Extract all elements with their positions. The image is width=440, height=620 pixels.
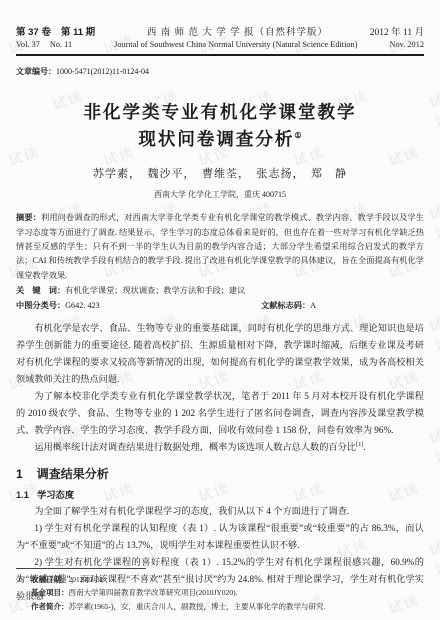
document-code-value: A (310, 301, 316, 310)
keywords-label: 关 键 词： (16, 286, 65, 295)
paragraph-3-end: . (364, 442, 366, 452)
section-1-1-heading: 1.1学习态度 (16, 487, 424, 501)
footnote-rule (16, 568, 146, 569)
footnote-funding-value: 西南大学第四届教育教学改革研究项目(2010JY020). (69, 588, 238, 597)
paragraph-1: 有机化学是农学、食品、生物等专业的重要基础课，同时有机化学的思维方式、理论知识也… (16, 320, 424, 388)
paragraph-3-text: 运用概率统计法对调查结果进行数据处理，概率为该选项人数占总人数的百分比 (34, 442, 356, 452)
issue-cn: 第 11 期 (61, 27, 95, 38)
journal-header-cn: 第 37 卷第 11 期 西 南 师 范 大 学 学 报（自然科学版） 2012… (16, 24, 424, 38)
volume-cn: 第 37 卷 (16, 27, 51, 38)
article-title-line2-text: 现状问卷调查分析 (138, 129, 294, 149)
footnote-funding-label: 基金项目： (31, 588, 69, 597)
survey-item-1: 1) 学生对有机化学课程的认知程度（表 1）. 认为该课程“很重要”或“较重要”… (16, 520, 424, 554)
classification-row: 中图分类号：G642. 423 文献标志码：A (16, 300, 424, 311)
affiliation: 西南大学 化学化工学院，重庆 400715 (0, 189, 440, 200)
paragraph-3: 运用概率统计法对调查结果进行数据处理，概率为该选项人数占总人数的百分比[1]. (16, 439, 424, 456)
footnote-received-label: 收稿日期： (31, 575, 69, 584)
page-content: 第 37 卷第 11 期 西 南 师 范 大 学 学 报（自然科学版） 2012… (0, 24, 440, 605)
clc-value: G642. 423 (65, 301, 100, 310)
footnote-received-value: 2012-01-31 (69, 575, 104, 584)
volume-issue-cn: 第 37 卷第 11 期 (16, 24, 105, 38)
journal-name-cn: 西 南 师 范 大 学 学 报（自然科学版） (105, 24, 370, 38)
footnote-funding: 基金项目：西南大学第四届教育教学改革研究项目(2010JY020). (31, 586, 426, 600)
article-number-value: 1000-5471(2012)11-0124-04 (56, 67, 149, 76)
section-1-1-title: 学习态度 (37, 490, 74, 500)
volume-issue-en: Vol. 37No. 11 (16, 40, 82, 49)
header-rule (16, 54, 424, 56)
footnote-bio-value: 苏学素(1965-)，女，重庆合川人，副教授，博士，主要从事化学的教学与研究. (69, 602, 326, 611)
footnote-bio-label: 作者简介： (31, 602, 69, 611)
citation-ref-1: [1] (356, 441, 364, 448)
footnote-block: ① 收稿日期：2012-01-31 基金项目：西南大学第四届教育教学改革研究项目… (16, 568, 426, 614)
journal-article-page: 试读试读试读试读试读试读试读试读试读试读试读试读试读试读试读试读试读试读试读试读… (0, 0, 440, 620)
article-title-line2: 现状问卷调查分析① (0, 126, 440, 153)
paragraph-2: 为了解本校非化学类专业有机化学课堂教学状况，笔者于 2011 年 5 月对本校开… (16, 388, 424, 439)
abstract: 摘要：利用问卷调查的形式，对西南大学非化学类专业有机化学课堂的教学模式、教学内容… (16, 211, 424, 283)
clc-number: 中图分类号：G642. 423 (16, 300, 261, 311)
article-number-label: 文章编号： (16, 67, 56, 76)
abstract-text: 利用问卷调查的形式，对西南大学非化学类专业有机化学课堂的教学模式、教学内容、教学… (16, 213, 424, 279)
footnote-lines: ① 收稿日期：2012-01-31 基金项目：西南大学第四届教育教学改革研究项目… (16, 573, 426, 614)
article-title: 非化学类专业有机化学课堂教学 现状问卷调查分析① (0, 99, 440, 153)
keywords: 关 键 词：有机化学课堂；现状调查；教学方法和手段；建议 (16, 284, 424, 298)
date-en: Nov. 2012 (390, 40, 425, 49)
author-list: 苏学素， 魏沙平， 曹维荃， 张志扬， 郑 静 (0, 165, 440, 181)
article-body: 有机化学是农学、食品、生物等专业的重要基础课，同时有机化学的思维方式、理论知识也… (16, 320, 424, 456)
journal-header: 第 37 卷第 11 期 西 南 师 范 大 学 学 报（自然科学版） 2012… (16, 24, 424, 49)
footnote-bio: 作者简介：苏学素(1965-)，女，重庆合川人，副教授，博士，主要从事化学的教学… (31, 600, 426, 614)
clc-label: 中图分类号： (16, 301, 65, 310)
document-code: 文献标志码：A (261, 300, 316, 311)
keywords-text: 有机化学课堂；现状调查；教学方法和手段；建议 (65, 286, 245, 295)
journal-name-en: Journal of Southwest China Normal Univer… (82, 40, 389, 49)
footnote-mark: ① (16, 573, 23, 587)
section-1-title: 调查结果分析 (37, 467, 109, 481)
section-1-heading: 1调查结果分析 (16, 465, 424, 482)
article-title-line1: 非化学类专业有机化学课堂教学 (0, 99, 440, 126)
document-code-label: 文献标志码： (261, 301, 310, 310)
issue-en: No. 11 (50, 40, 72, 49)
title-footnote-mark: ① (294, 131, 301, 140)
article-number: 文章编号：1000-5471(2012)11-0124-04 (16, 66, 424, 77)
section-1-1-number: 1.1 (16, 490, 29, 500)
section-1-number: 1 (16, 467, 23, 481)
date-cn: 2012 年 11 月 (370, 24, 424, 38)
footnote-received: 收稿日期：2012-01-31 (31, 573, 426, 587)
section-1-1-intro: 为全面了解学生对有机化学课程学习的态度，我们从以下 4 个方面进行了调查. (16, 503, 424, 520)
volume-en: Vol. 37 (16, 40, 40, 49)
abstract-label: 摘要： (16, 213, 41, 222)
journal-header-en: Vol. 37No. 11 Journal of Southwest China… (16, 40, 424, 49)
